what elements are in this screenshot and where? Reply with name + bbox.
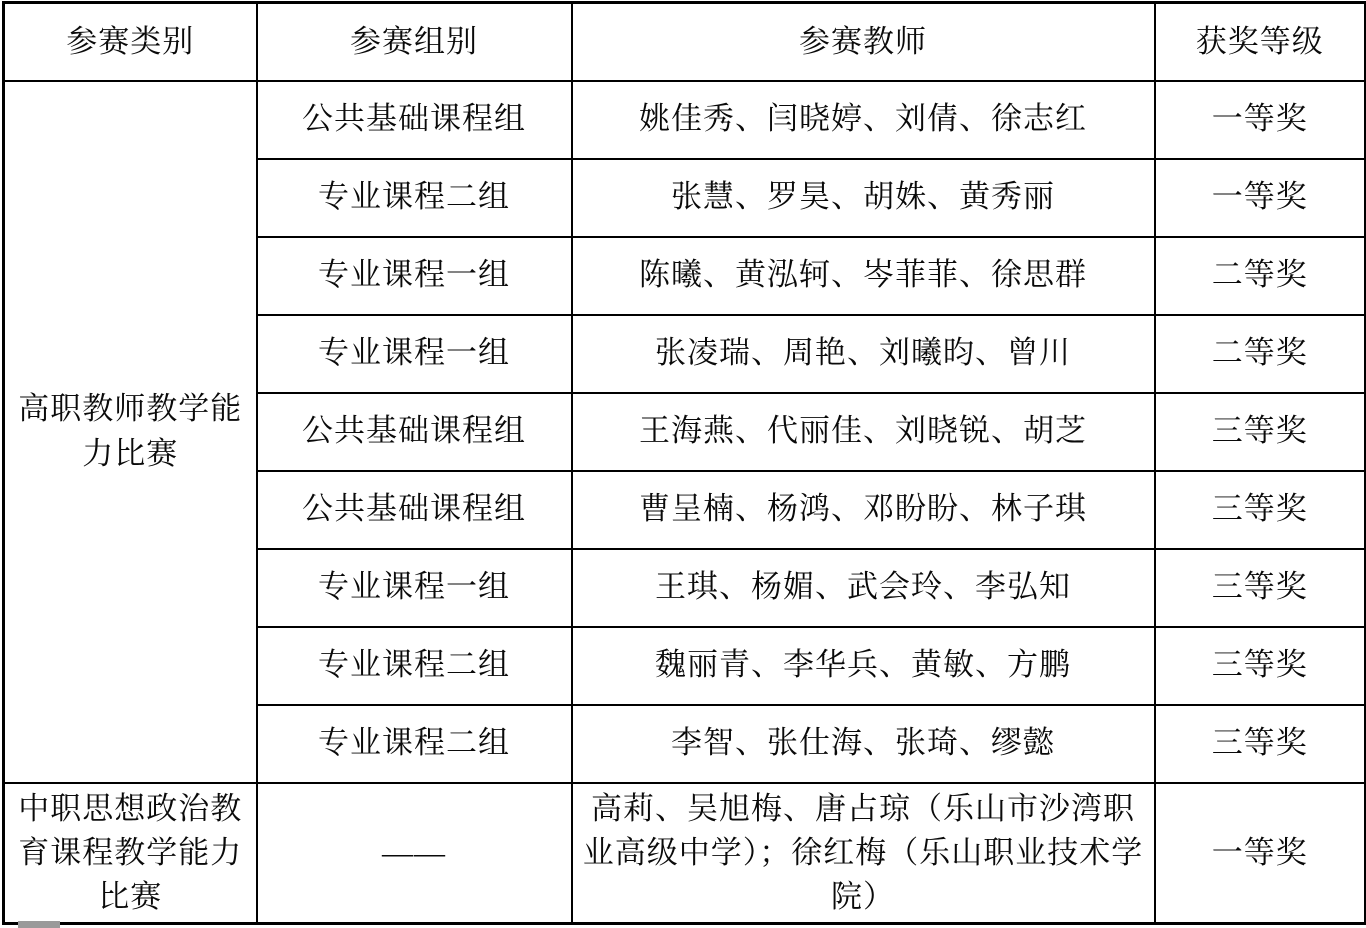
- teachers-cell: 张慧、罗昊、胡姝、黄秀丽: [572, 159, 1155, 237]
- table-header-row: 参赛类别 参赛组别 参赛教师 获奖等级: [4, 3, 1366, 81]
- group-cell: 公共基础课程组: [257, 393, 572, 471]
- award-cell: 二等奖: [1155, 237, 1366, 315]
- award-cell: 三等奖: [1155, 627, 1366, 705]
- teachers-cell: 曹呈楠、杨鸿、邓盼盼、林子琪: [572, 471, 1155, 549]
- group-cell: 专业课程二组: [257, 627, 572, 705]
- teachers-cell: 姚佳秀、闫晓婷、刘倩、徐志红: [572, 81, 1155, 159]
- teachers-cell: 高莉、吴旭梅、唐占琼（乐山市沙湾职业高级中学）；徐红梅（乐山职业技术学院）: [572, 783, 1155, 924]
- header-group: 参赛组别: [257, 3, 572, 81]
- category-cell-zhongzhi: 中职思想政治教育课程教学能力比赛: [4, 783, 257, 924]
- awards-table: 参赛类别 参赛组别 参赛教师 获奖等级 高职教师教学能力比赛 公共基础课程组 姚…: [2, 1, 1366, 925]
- teachers-cell: 魏丽青、李华兵、黄敏、方鹏: [572, 627, 1155, 705]
- document-page: 参赛类别 参赛组别 参赛教师 获奖等级 高职教师教学能力比赛 公共基础课程组 姚…: [0, 0, 1366, 928]
- group-cell: 公共基础课程组: [257, 471, 572, 549]
- group-cell: ——: [257, 783, 572, 924]
- teachers-cell: 陈曦、黄泓轲、岑菲菲、徐思群: [572, 237, 1155, 315]
- table-row: 中职思想政治教育课程教学能力比赛 —— 高莉、吴旭梅、唐占琼（乐山市沙湾职业高级…: [4, 783, 1366, 924]
- category-cell-gaozhi: 高职教师教学能力比赛: [4, 81, 257, 783]
- teachers-cell: 王琪、杨媚、武会玲、李弘知: [572, 549, 1155, 627]
- table-row: 高职教师教学能力比赛 公共基础课程组 姚佳秀、闫晓婷、刘倩、徐志红 一等奖: [4, 81, 1366, 159]
- award-cell: 一等奖: [1155, 159, 1366, 237]
- group-cell: 专业课程一组: [257, 549, 572, 627]
- award-cell: 三等奖: [1155, 549, 1366, 627]
- header-award: 获奖等级: [1155, 3, 1366, 81]
- scan-artifact: [18, 921, 60, 928]
- award-cell: 一等奖: [1155, 783, 1366, 924]
- teachers-cell: 李智、张仕海、张琦、缪懿: [572, 705, 1155, 783]
- group-cell: 专业课程二组: [257, 705, 572, 783]
- award-cell: 三等奖: [1155, 393, 1366, 471]
- group-cell: 公共基础课程组: [257, 81, 572, 159]
- header-category: 参赛类别: [4, 3, 257, 81]
- header-teachers: 参赛教师: [572, 3, 1155, 81]
- teachers-cell: 张凌瑞、周艳、刘曦昀、曾川: [572, 315, 1155, 393]
- award-cell: 一等奖: [1155, 81, 1366, 159]
- award-cell: 三等奖: [1155, 705, 1366, 783]
- group-cell: 专业课程一组: [257, 315, 572, 393]
- award-cell: 三等奖: [1155, 471, 1366, 549]
- group-cell: 专业课程二组: [257, 159, 572, 237]
- group-cell: 专业课程一组: [257, 237, 572, 315]
- teachers-cell: 王海燕、代丽佳、刘晓锐、胡芝: [572, 393, 1155, 471]
- award-cell: 二等奖: [1155, 315, 1366, 393]
